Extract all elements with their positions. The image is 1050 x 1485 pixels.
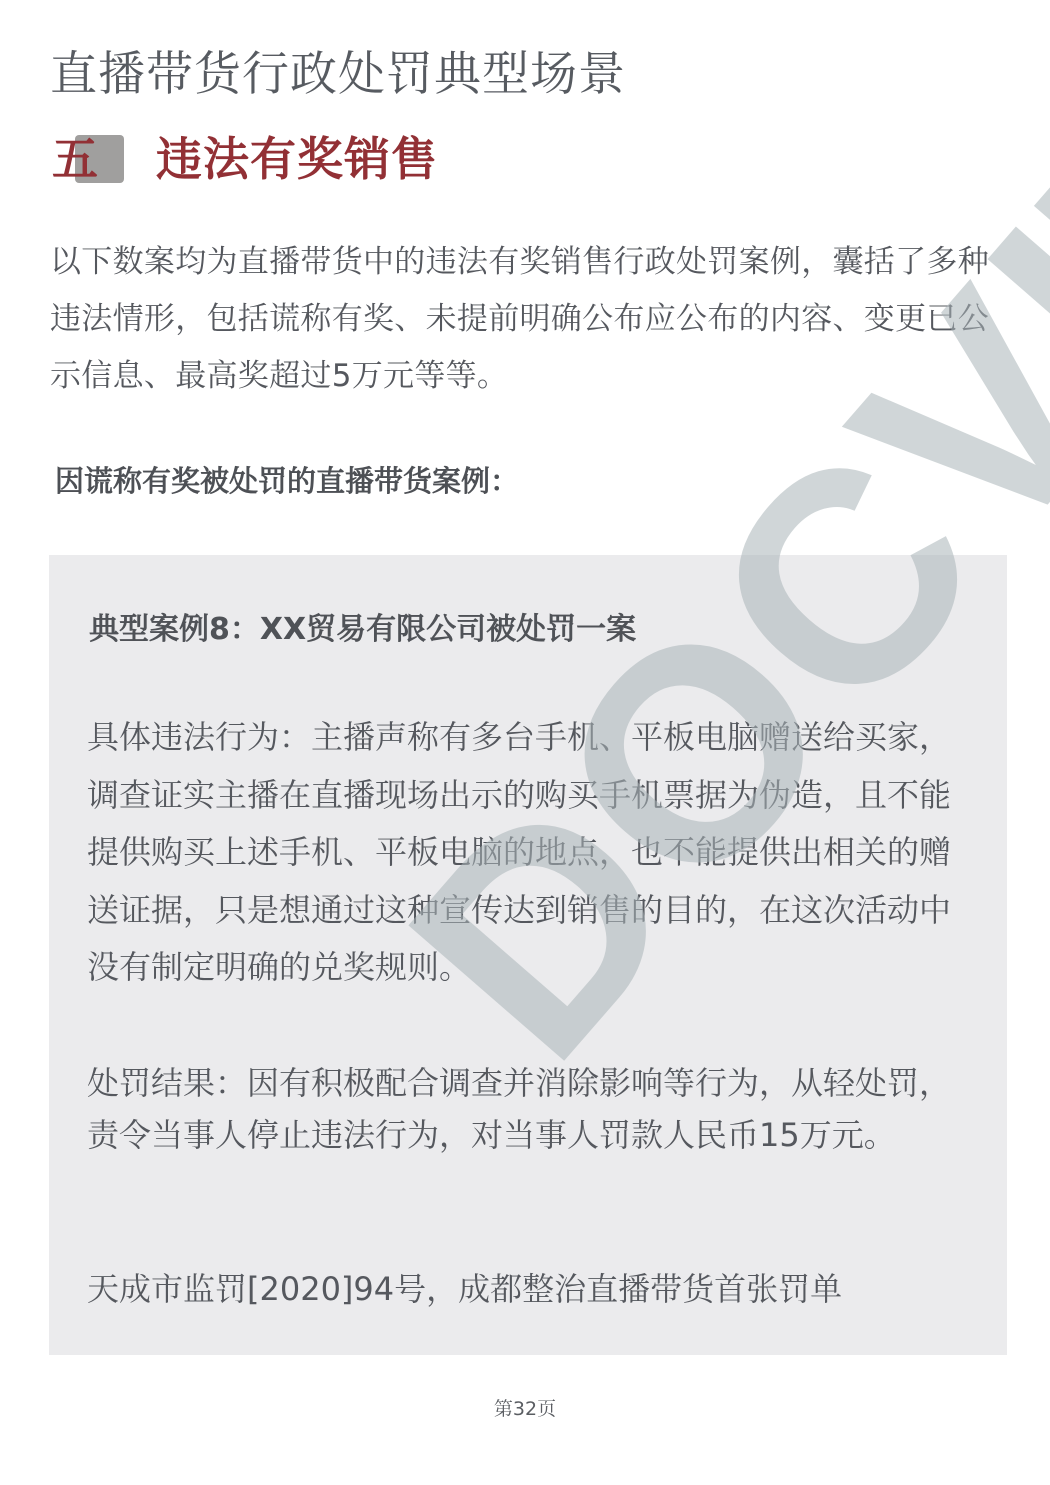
case-violation-behavior: 具体违法行为：主播声称有多台手机、平板电脑赠送给买家，调查证实主播在直播现场出示… [87,709,977,997]
case-card: 典型案例8：XX贸易有限公司被处罚一案 具体违法行为：主播声称有多台手机、平板电… [49,555,1007,1355]
case-category-heading: 因谎称有奖被处罚的直播带货案例： [55,458,519,504]
case-source-reference: 天成市监罚[2020]94号，成都整治直播带货首张罚单 [87,1261,977,1319]
page-number: 第32页 [0,1396,1050,1422]
section-title: 违法有奖销售 [156,130,438,188]
case-title: 典型案例8：XX贸易有限公司被处罚一案 [89,607,636,653]
case-penalty-result: 处罚结果：因有积极配合调查并消除影响等行为，从轻处罚，责令当事人停止违法行为，对… [87,1057,977,1161]
intro-paragraph: 以下数案均为直播带货中的违法有奖销售行政处罚案例，囊括了多种违法情形，包括谎称有… [50,234,1012,405]
section-number: 五 [52,130,98,188]
section-heading: 五 违法有奖销售 [52,130,552,188]
page-title: 直播带货行政处罚典型场景 [50,44,626,106]
